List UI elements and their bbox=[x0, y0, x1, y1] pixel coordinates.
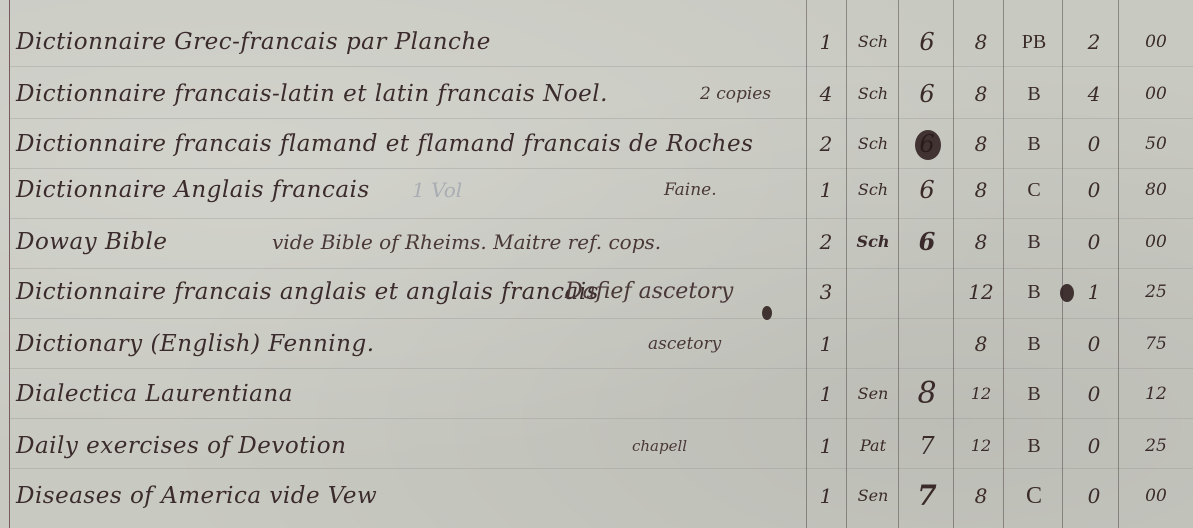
price-cents: 75 bbox=[1124, 320, 1188, 368]
note: Faine. bbox=[664, 166, 717, 214]
ruled-line bbox=[10, 66, 1193, 67]
book-title: Diseases of America vide Vew bbox=[16, 472, 377, 520]
binding: B bbox=[1006, 370, 1062, 418]
size: Sch bbox=[848, 70, 898, 118]
price-units: 0 bbox=[1064, 120, 1124, 168]
book-title: Dialectica Laurentiana bbox=[16, 370, 293, 418]
volumes: 1 bbox=[808, 422, 844, 470]
volumes: 2 bbox=[808, 218, 844, 266]
binding: B bbox=[1006, 120, 1062, 168]
price-units: 0 bbox=[1064, 218, 1124, 266]
format: 8 bbox=[956, 70, 1006, 118]
ledger-row: Dictionnaire Grec-francais par Planche 1… bbox=[0, 18, 1193, 66]
ledger-row: Doway Bible vide Bible of Rheims. Maitre… bbox=[0, 218, 1193, 266]
format: 8 bbox=[956, 472, 1006, 520]
col-a: 7 bbox=[900, 422, 954, 470]
col-a: 7 bbox=[900, 472, 954, 520]
volumes: 4 bbox=[808, 70, 844, 118]
price-units: 2 bbox=[1064, 18, 1124, 66]
volumes: 1 bbox=[808, 370, 844, 418]
format: 8 bbox=[956, 218, 1006, 266]
book-title: Dictionnaire francais flamand et flamand… bbox=[16, 120, 753, 168]
price-units: 4 bbox=[1064, 70, 1124, 118]
binding: PB bbox=[1006, 18, 1062, 66]
book-title: Daily exercises of Devotion bbox=[16, 422, 346, 470]
volumes: 1 bbox=[808, 18, 844, 66]
ledger-row: Dictionary (English) Fenning. ascetory 1… bbox=[0, 320, 1193, 368]
ledger-row: Diseases of America vide Vew 1 Sen 7 8 C… bbox=[0, 472, 1193, 520]
format: 8 bbox=[956, 320, 1006, 368]
volumes: 2 bbox=[808, 120, 844, 168]
size: Sch bbox=[848, 166, 898, 214]
price-units: 0 bbox=[1064, 370, 1124, 418]
ledger-row: Dictionnaire francais flamand et flamand… bbox=[0, 120, 1193, 168]
col-a: 6 bbox=[900, 166, 954, 214]
price-cents: 80 bbox=[1124, 166, 1188, 214]
size: Sen bbox=[848, 472, 898, 520]
price-cents: 25 bbox=[1124, 422, 1188, 470]
binding: B bbox=[1006, 320, 1062, 368]
price-cents: 25 bbox=[1124, 268, 1188, 316]
format: 12 bbox=[956, 268, 1006, 316]
format: 8 bbox=[956, 120, 1006, 168]
price-cents: 00 bbox=[1124, 472, 1188, 520]
ledger-row: Dictionnaire francais anglais et anglais… bbox=[0, 268, 1193, 316]
ruled-line bbox=[10, 318, 1193, 319]
binding: B bbox=[1006, 218, 1062, 266]
col-a: 6 bbox=[900, 18, 954, 66]
binding: C bbox=[1006, 166, 1062, 214]
ledger-row: Dictionnaire francais-latin et latin fra… bbox=[0, 70, 1193, 118]
col-a: 6 bbox=[900, 70, 954, 118]
ink-blot bbox=[762, 306, 772, 320]
format: 8 bbox=[956, 18, 1006, 66]
volumes: 1 bbox=[808, 472, 844, 520]
book-title: Dictionnaire francais-latin et latin fra… bbox=[16, 70, 608, 118]
size: Sch bbox=[848, 218, 898, 266]
ruled-line bbox=[10, 118, 1193, 119]
price-units: 0 bbox=[1064, 166, 1124, 214]
pencil-note: 1 Vol bbox=[412, 166, 462, 214]
price-cents: 50 bbox=[1124, 120, 1188, 168]
volumes: 1 bbox=[808, 166, 844, 214]
size: Sch bbox=[848, 120, 898, 168]
size: Sen bbox=[848, 370, 898, 418]
ruled-line bbox=[10, 418, 1193, 419]
volumes: 3 bbox=[808, 268, 844, 316]
price-cents: 00 bbox=[1124, 218, 1188, 266]
note: 2 copies bbox=[700, 70, 771, 118]
note: ascetory bbox=[648, 320, 721, 368]
note: vide Bible of Rheims. Maitre ref. cops. bbox=[272, 218, 661, 266]
size: Pat bbox=[848, 422, 898, 470]
ledger-page: Dictionnaire Grec-francais par Planche 1… bbox=[0, 0, 1193, 528]
book-title: Dictionnaire francais anglais et anglais… bbox=[16, 268, 599, 316]
ruled-line bbox=[10, 368, 1193, 369]
col-a: 6 bbox=[900, 218, 954, 266]
col-a: 8 bbox=[900, 370, 954, 418]
book-title: Dictionnaire Grec-francais par Planche bbox=[16, 18, 491, 66]
ledger-row: Dialectica Laurentiana 1 Sen 8 12 B 0 12 bbox=[0, 370, 1193, 418]
note: Dafief ascetory bbox=[565, 268, 733, 316]
ink-blot bbox=[1060, 284, 1074, 302]
format: 8 bbox=[956, 166, 1006, 214]
binding: B bbox=[1006, 268, 1062, 316]
binding: B bbox=[1006, 422, 1062, 470]
book-title: Doway Bible bbox=[16, 218, 167, 266]
ink-blot bbox=[915, 130, 941, 160]
binding: B bbox=[1006, 70, 1062, 118]
price-cents: 12 bbox=[1124, 370, 1188, 418]
volumes: 1 bbox=[808, 320, 844, 368]
format: 12 bbox=[956, 370, 1006, 418]
ledger-row: Dictionnaire Anglais francais 1 Vol Fain… bbox=[0, 166, 1193, 214]
price-units: 0 bbox=[1064, 320, 1124, 368]
book-title: Dictionnaire Anglais francais bbox=[16, 166, 370, 214]
size: Sch bbox=[848, 18, 898, 66]
book-title: Dictionary (English) Fenning. bbox=[16, 320, 375, 368]
price-cents: 00 bbox=[1124, 70, 1188, 118]
ledger-row: Daily exercises of Devotion chapell 1 Pa… bbox=[0, 422, 1193, 470]
price-units: 0 bbox=[1064, 422, 1124, 470]
price-units: 0 bbox=[1064, 472, 1124, 520]
format: 12 bbox=[956, 422, 1006, 470]
note: chapell bbox=[632, 422, 687, 470]
price-cents: 00 bbox=[1124, 18, 1188, 66]
binding: C bbox=[1006, 472, 1062, 520]
